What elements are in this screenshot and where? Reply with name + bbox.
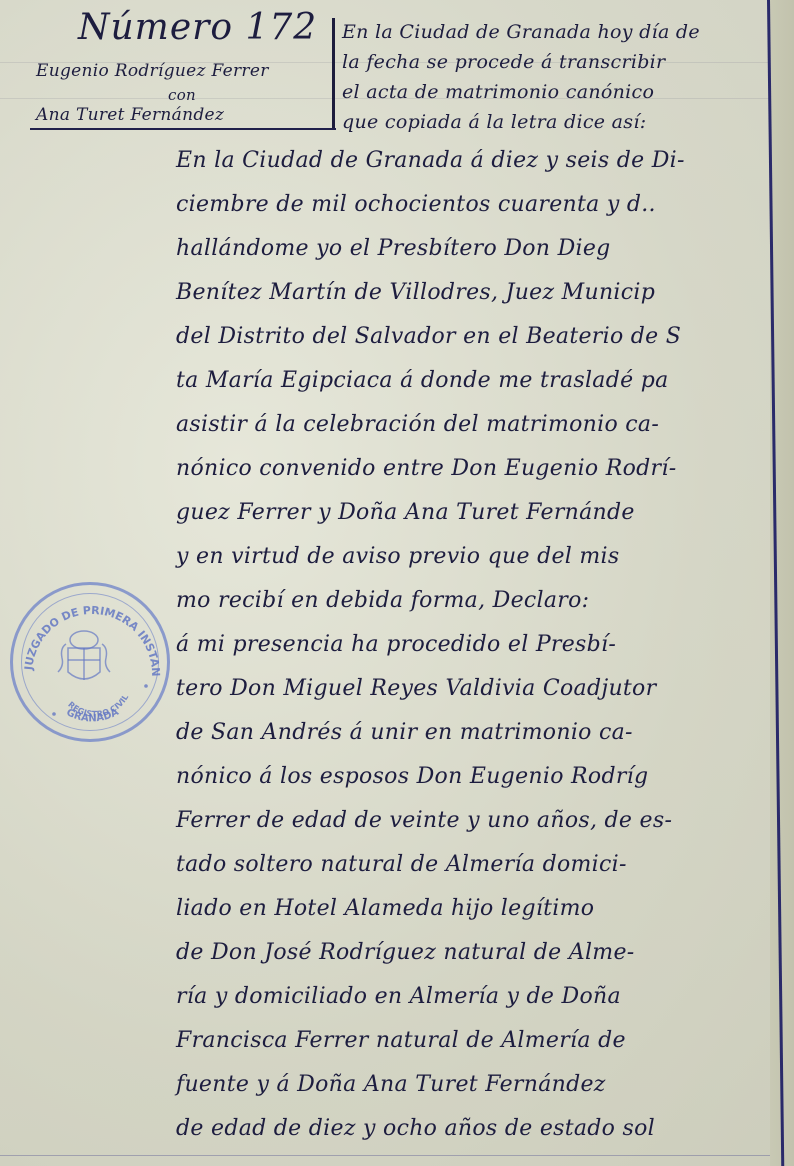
header-divider-horizontal <box>30 128 336 130</box>
side-entry-line: En la Ciudad de Granada hoy día de <box>342 20 700 44</box>
body-line: tado soltero natural de Almería domici- <box>176 850 627 880</box>
body-line: Francisca Ferrer natural de Almería de <box>176 1026 626 1056</box>
stamp-outer-text: JUZGADO DE PRIMERA INSTANCIA Nº 5 <box>10 582 162 677</box>
bride-name: Ana Turet Fernández <box>36 104 224 126</box>
coat-of-arms-icon <box>58 631 110 680</box>
body-line: de San Andrés á unir en matrimonio ca- <box>176 718 633 748</box>
body-line: En la Ciudad de Granada á diez y seis de… <box>176 146 685 176</box>
body-line: á mi presencia ha procedido el Presbí- <box>176 630 616 660</box>
body-line: Benítez Martín de Villodres, Juez Munici… <box>176 278 655 308</box>
body-line: guez Ferrer y Doña Ana Turet Fernánde <box>176 498 635 528</box>
body-line: mo recibí en debida forma, Declaro: <box>176 586 589 616</box>
body-line: de edad de diez y ocho años de estado so… <box>176 1114 655 1144</box>
stamp-graphic: JUZGADO DE PRIMERA INSTANCIA Nº 5 GRANAD… <box>10 582 170 742</box>
body-line: y en virtud de aviso previo que del mis <box>176 542 619 572</box>
body-line: liado en Hotel Alameda hijo legítimo <box>176 894 594 924</box>
body-line: tero Don Miguel Reyes Valdivia Coadjutor <box>176 674 656 704</box>
body-line: fuente y á Doña Ana Turet Fernández <box>176 1070 606 1100</box>
registry-stamp: JUZGADO DE PRIMERA INSTANCIA Nº 5 GRANAD… <box>10 582 170 742</box>
body-line: ta María Egipciaca á donde me trasladé p… <box>176 366 669 396</box>
side-entry-line: que copiada á la letra dice así: <box>342 110 646 134</box>
body-line: del Distrito del Salvador en el Beaterio… <box>176 322 681 352</box>
side-entry-line: el acta de matrimonio canónico <box>342 80 654 104</box>
body-line: de Don José Rodríguez natural de Alme- <box>176 938 635 968</box>
record-number: Número 172 <box>78 6 317 50</box>
body-line: nónico convenido entre Don Eugenio Rodrí… <box>176 454 676 484</box>
connector-word: con <box>168 84 196 106</box>
header-divider-vertical <box>332 18 335 130</box>
body-line: nónico á los esposos Don Eugenio Rodríg <box>176 762 648 792</box>
groom-name: Eugenio Rodríguez Ferrer <box>36 60 269 82</box>
document-page: Número 172 Eugenio Rodríguez Ferrer con … <box>0 0 794 1166</box>
ruled-line <box>0 1155 770 1156</box>
body-line: asistir á la celebración del matrimonio … <box>176 410 659 440</box>
side-entry-line: la fecha se procede á transcribir <box>342 50 665 74</box>
body-line: ría y domiciliado en Almería y de Doña <box>176 982 621 1012</box>
body-line: ciembre de mil ochocientos cuarenta y d.… <box>176 190 656 220</box>
body-line: hallándome yo el Presbítero Don Dieg <box>176 234 611 264</box>
body-line: Ferrer de edad de veinte y uno años, de … <box>176 806 672 836</box>
